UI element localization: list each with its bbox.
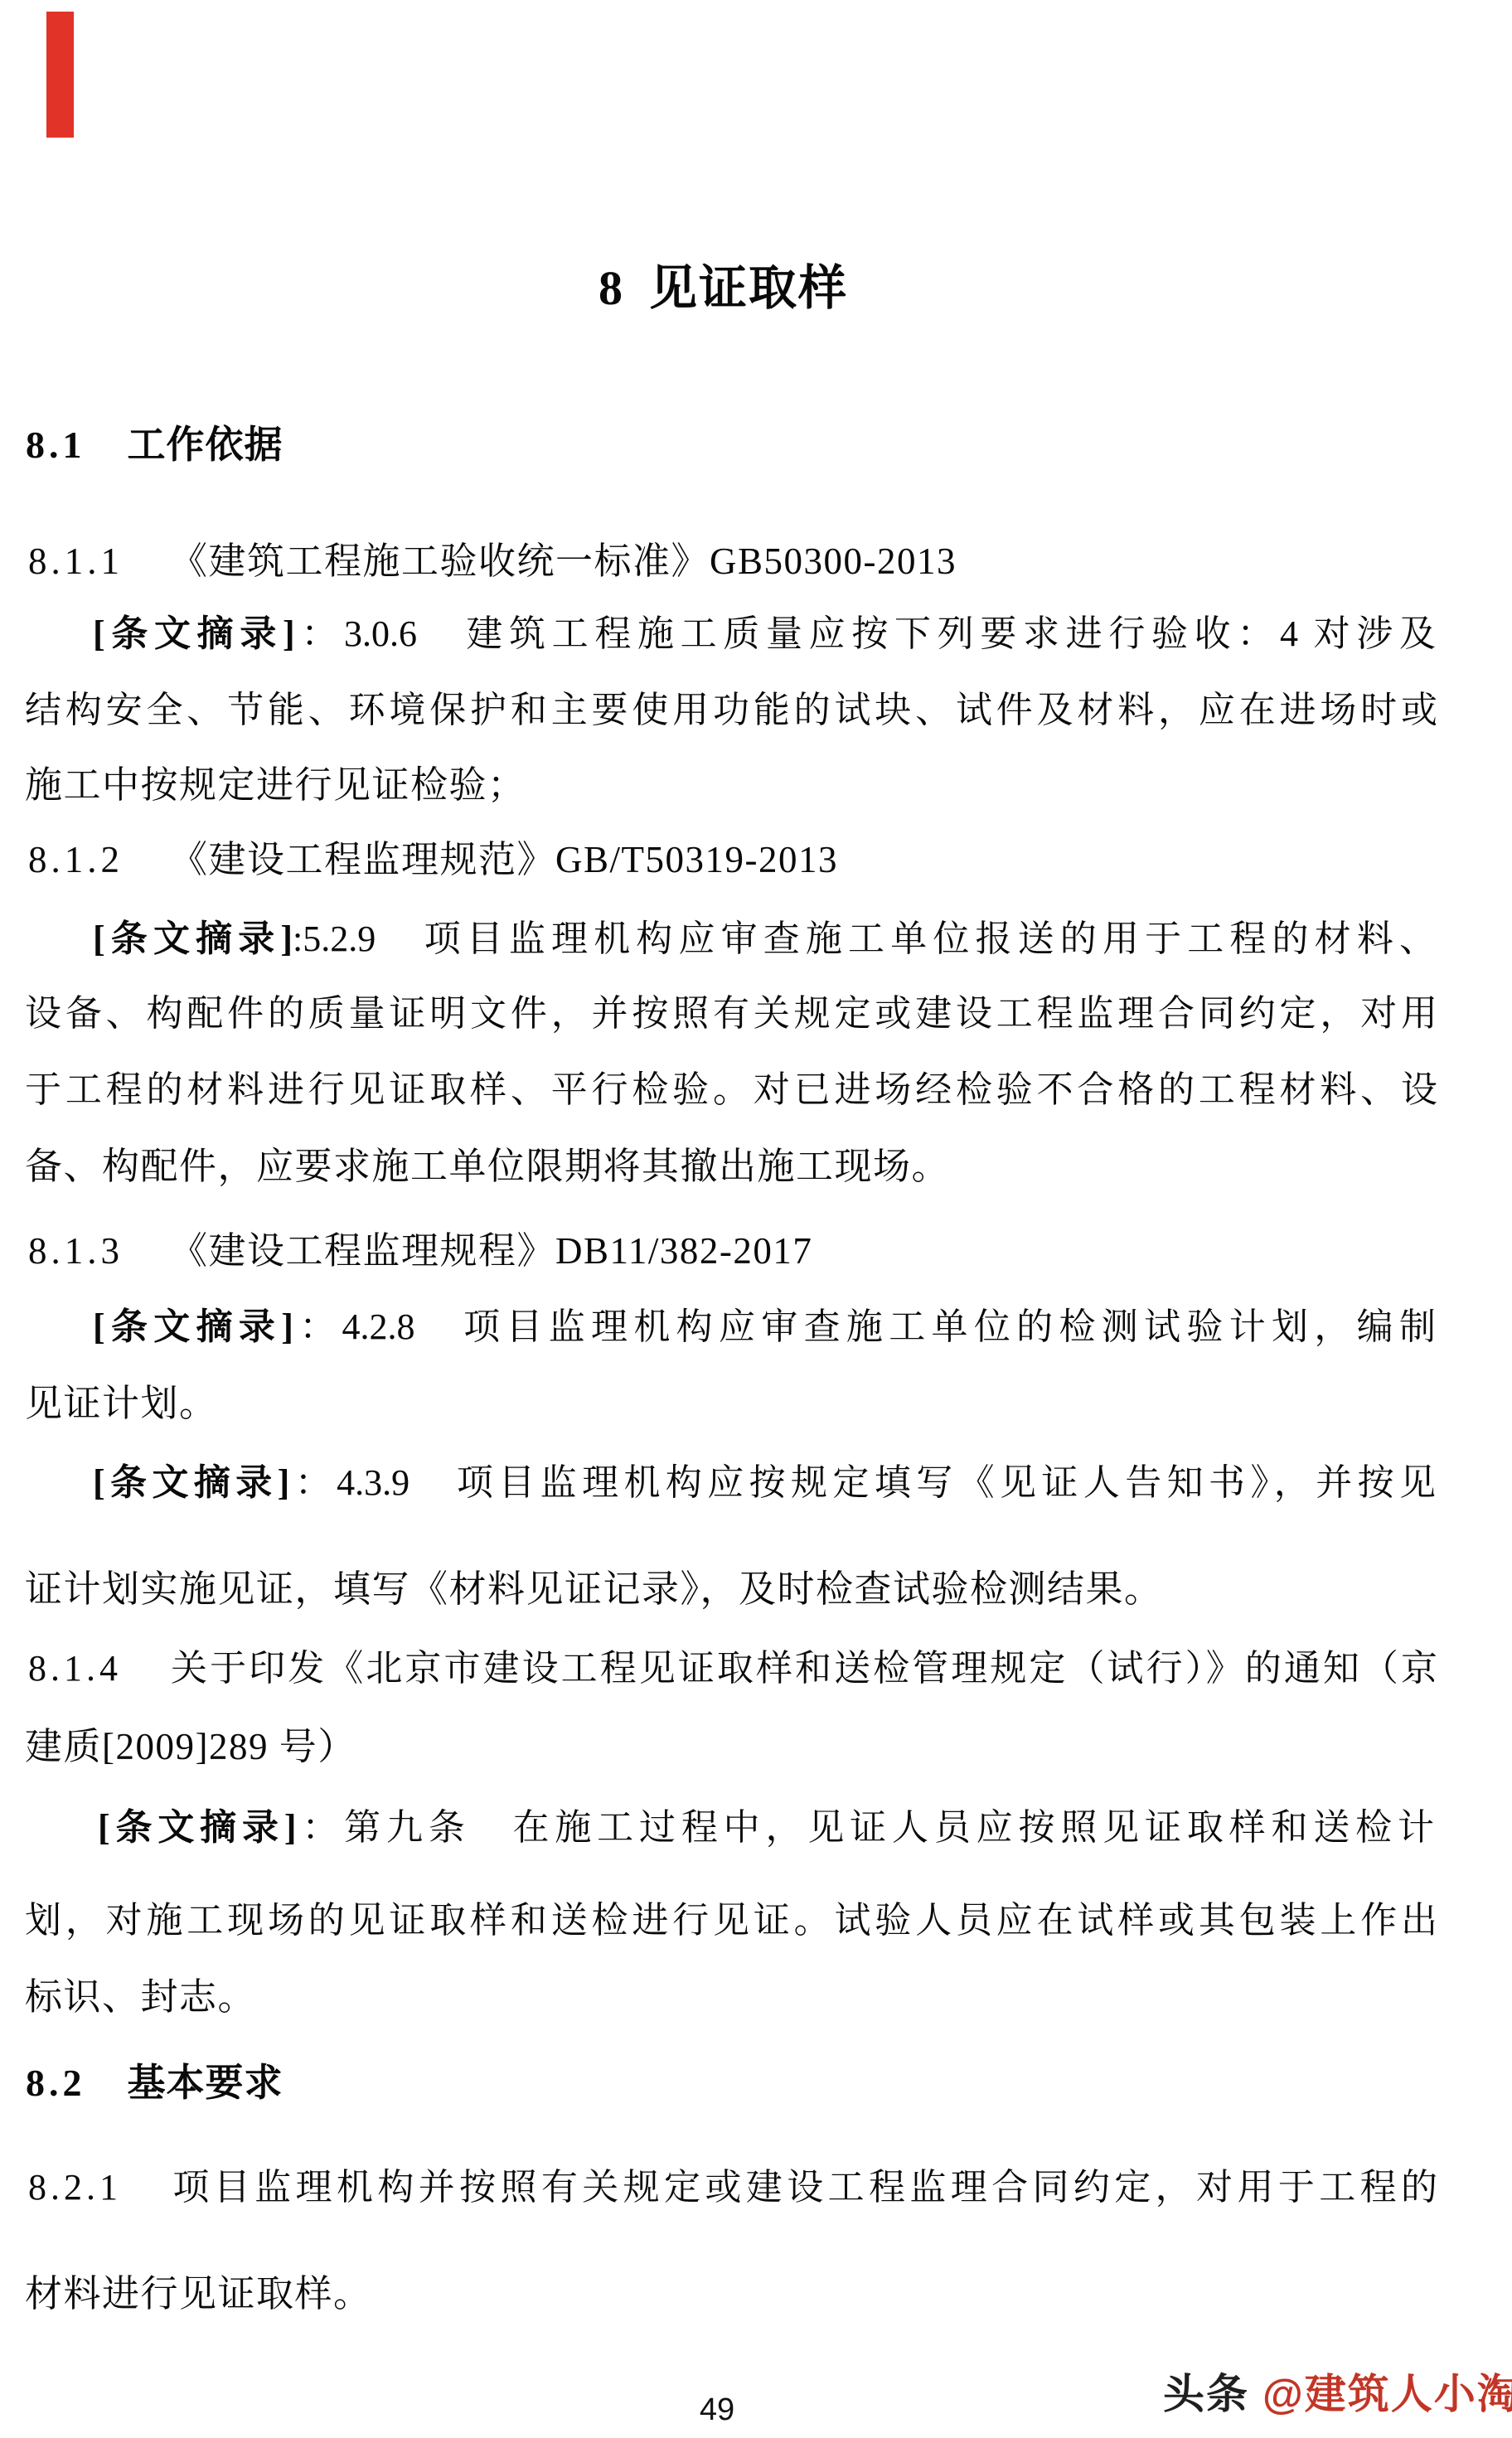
item-8-1-1-number: 8.1.1	[28, 540, 124, 582]
item-8-1-1-text: 《建筑工程施工验收统一标准》GB50300-2013	[170, 540, 957, 582]
item-8-1-4-text: 关于印发《北京市建设工程见证取样和送检管理规定（试行）》的通知（京	[168, 1648, 1437, 1689]
chapter-title-text: 见证取样	[649, 261, 848, 315]
item-8-1-2-text: 《建设工程监理规范》GB/T50319-2013	[170, 839, 838, 880]
excerpt-5-line-1: [条文摘录]：第九条 在施工过程中，见证人员应按照见证取样和送检计	[98, 1807, 1434, 1849]
item-8-2-1-number: 8.2.1	[28, 2167, 122, 2208]
excerpt-1-rest: ：3.0.6 建筑工程施工质量应按下列要求进行验收：4 对涉及	[295, 613, 1436, 654]
item-8-2-1-line-1: 8.2.1项目监理机构并按照有关规定或建设工程监理合同约定，对用于工程的	[28, 2167, 1437, 2209]
section-8-1-label: 工作依据	[128, 424, 283, 466]
toutiao-watermark: 头条@建筑人小淘	[1163, 2361, 1512, 2421]
excerpt-1-line-2: 结构安全、节能、环境保护和主要使用功能的试块、试件及材料，应在进场时或	[25, 690, 1437, 732]
excerpt-4-line-2: 证计划实施见证，填写《材料见证记录》，及时检查试验检测结果。	[25, 1568, 1163, 1612]
item-8-2-1-line-2: 材料进行见证取样。	[25, 2273, 372, 2316]
excerpt-4-label: [条文摘录]	[93, 1462, 289, 1503]
excerpt-3-label: [条文摘录]	[93, 1306, 293, 1347]
excerpt-4-line-1: [条文摘录]：4.3.9 项目监理机构应按规定填写《见证人告知书》，并按见	[93, 1462, 1436, 1505]
excerpt-2-label: [条文摘录]	[93, 918, 293, 959]
item-8-1-3: 8.1.3《建设工程监理规程》DB11/382-2017	[28, 1230, 812, 1273]
excerpt-5-line-2: 划，对施工现场的见证取样和送检进行见证。试验人员应在试样或其包装上作出	[25, 1900, 1437, 1942]
excerpt-1-line-3: 施工中按规定进行见证检验；	[25, 764, 526, 807]
item-8-2-1-text: 项目监理机构并按照有关规定或建设工程监理合同约定，对用于工程的	[168, 2167, 1437, 2208]
chapter-number: 8	[598, 261, 624, 315]
section-8-2-heading: 8.2基本要求	[26, 2053, 283, 2107]
section-8-2-label: 基本要求	[128, 2062, 283, 2104]
excerpt-3-rest: ：4.2.8 项目监理机构应审查施工单位的检测试验计划，编制	[293, 1306, 1436, 1347]
excerpt-1-line-1: [条文摘录]：3.0.6 建筑工程施工质量应按下列要求进行验收：4 对涉及	[93, 613, 1436, 656]
item-8-1-4-line-2: 建质[2009]289 号）	[25, 1726, 356, 1769]
excerpt-2-line-3: 于工程的材料进行见证取样、平行检验。对已进场经检验不合格的工程材料、设	[25, 1069, 1437, 1112]
item-8-1-2: 8.1.2《建设工程监理规范》GB/T50319-2013	[28, 839, 838, 882]
excerpt-4-rest: ：4.3.9 项目监理机构应按规定填写《见证人告知书》，并按见	[289, 1462, 1436, 1503]
item-8-1-3-text: 《建设工程监理规程》DB11/382-2017	[170, 1230, 812, 1272]
excerpt-5-line-3: 标识、封志。	[25, 1976, 256, 2019]
excerpt-2-rest: :5.2.9 项目监理机构应审查施工单位报送的用于工程的材料、	[293, 918, 1436, 959]
watermark-handle: @建筑人小淘	[1262, 2371, 1512, 2417]
section-8-1-number: 8.1	[26, 424, 86, 466]
section-8-2-number: 8.2	[26, 2062, 86, 2104]
item-8-1-1: 8.1.1《建筑工程施工验收统一标准》GB50300-2013	[28, 540, 957, 584]
item-8-1-4-line-1: 8.1.4关于印发《北京市建设工程见证取样和送检管理规定（试行）》的通知（京	[28, 1648, 1437, 1690]
excerpt-2-line-1: [条文摘录]:5.2.9 项目监理机构应审查施工单位报送的用于工程的材料、	[93, 918, 1436, 961]
item-8-1-4-number: 8.1.4	[28, 1648, 122, 1689]
watermark-prefix: 头条	[1163, 2371, 1249, 2417]
excerpt-1-label: [条文摘录]	[93, 613, 295, 654]
excerpt-5-label: [条文摘录]	[98, 1807, 296, 1848]
excerpt-2-line-4: 备、构配件，应要求施工单位限期将其撤出施工现场。	[25, 1146, 950, 1189]
excerpt-5-rest: ：第九条 在施工过程中，见证人员应按照见证取样和送检计	[296, 1807, 1434, 1848]
excerpt-2-line-2: 设备、构配件的质量证明文件，并按照有关规定或建设工程监理合同约定，对用	[25, 993, 1437, 1035]
section-8-1-heading: 8.1工作依据	[26, 414, 283, 469]
document-page: 8见证取样 8.1工作依据 8.1.1《建筑工程施工验收统一标准》GB50300…	[0, 0, 1512, 2438]
item-8-1-3-number: 8.1.3	[28, 1230, 124, 1272]
red-ribbon	[46, 12, 74, 138]
excerpt-3-line-2: 见证计划。	[25, 1383, 218, 1426]
excerpt-3-line-1: [条文摘录]：4.2.8 项目监理机构应审查施工单位的检测试验计划，编制	[93, 1306, 1436, 1349]
item-8-1-2-number: 8.1.2	[28, 839, 124, 880]
chapter-title: 8见证取样	[598, 249, 848, 318]
